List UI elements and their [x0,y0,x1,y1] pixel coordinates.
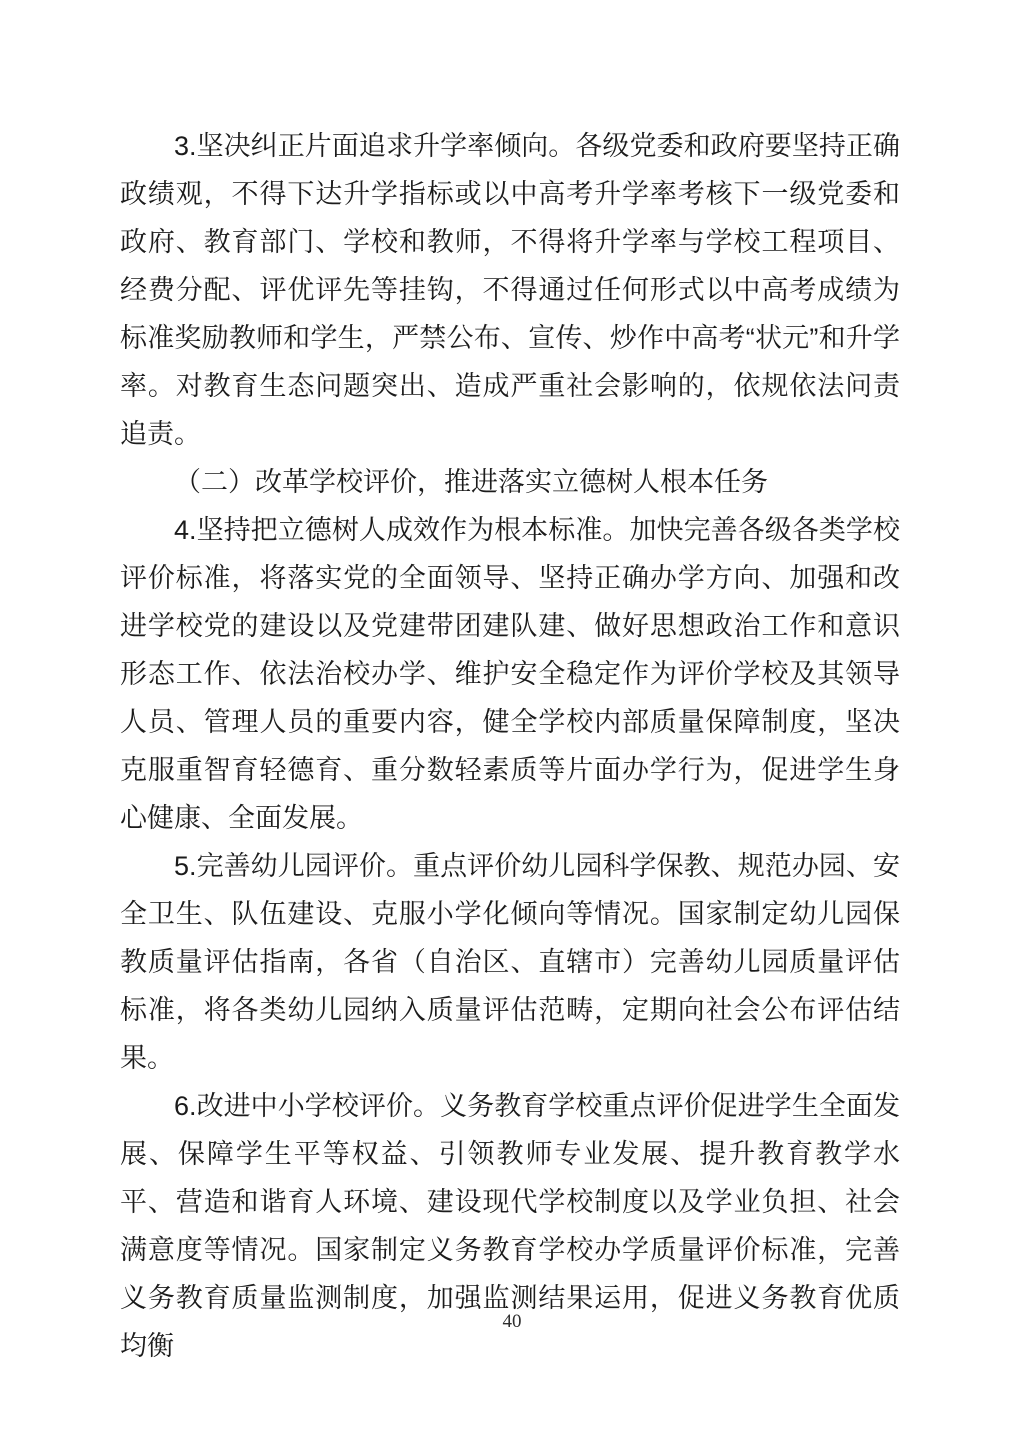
paragraph-item-3: 3.坚决纠正片面追求升学率倾向。各级党委和政府要坚持正确政绩观，不得下达升学指标… [120,122,900,458]
paragraph-item-5: 5.完善幼儿园评价。重点评价幼儿园科学保教、规范办园、安全卫生、队伍建设、克服小… [120,842,900,1082]
document-body: 3.坚决纠正片面追求升学率倾向。各级党委和政府要坚持正确政绩观，不得下达升学指标… [120,122,900,1370]
section-heading-2: （二）改革学校评价，推进落实立德树人根本任务 [120,458,900,506]
document-page: 3.坚决纠正片面追求升学率倾向。各级党委和政府要坚持正确政绩观，不得下达升学指标… [0,0,1024,1446]
paragraph-item-4: 4.坚持把立德树人成效作为根本标准。加快完善各级各类学校评价标准，将落实党的全面… [120,506,900,842]
page-number: 40 [0,1311,1024,1333]
